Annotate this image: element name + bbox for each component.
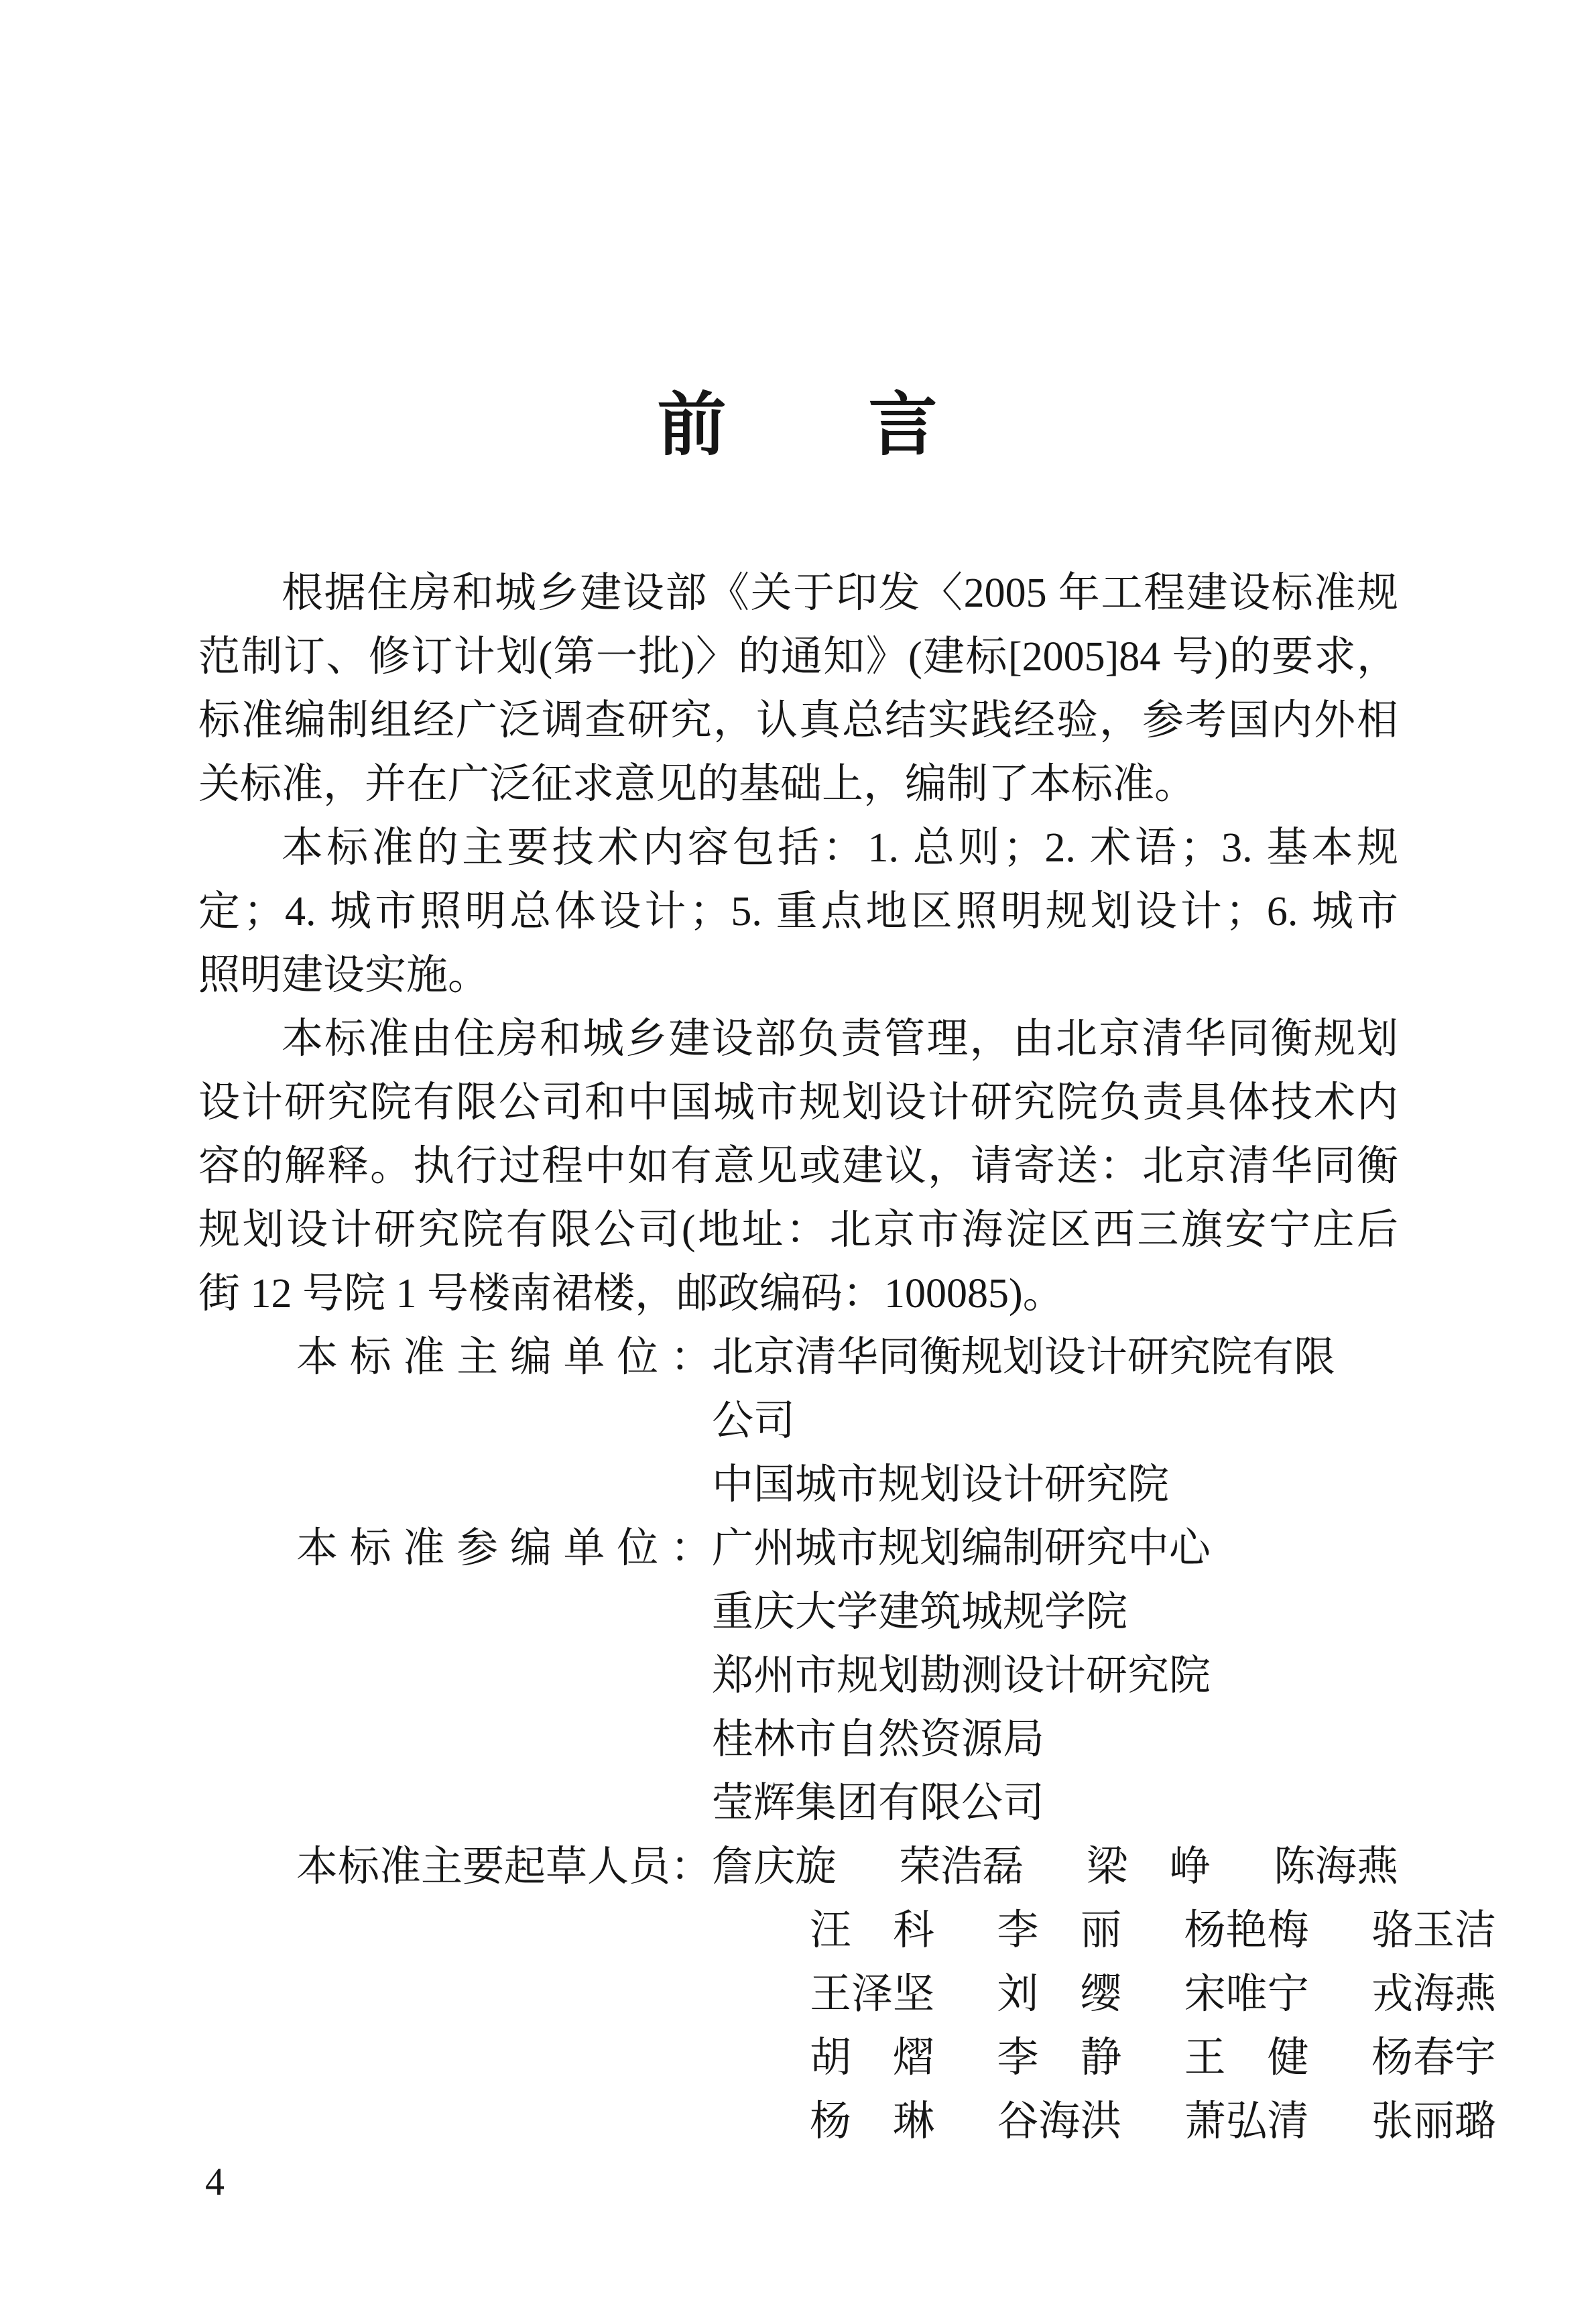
paragraph-line: 根据住房和城乡建设部《关于印发〈2005 年工程建设标准规 [198, 562, 1398, 625]
drafter-name: 骆玉洁 [1371, 1899, 1496, 1963]
drafters-row: 本标准主要起草人员： 詹庆旋 荣浩磊 梁 峥 陈海燕 [198, 1835, 1398, 1899]
document-page: 前 言 根据住房和城乡建设部《关于印发〈2005 年工程建设标准规 范制订、修订… [0, 0, 1596, 2310]
drafter-name-row: 王泽坚 刘 缨 宋唯宁 戎海燕 [810, 1963, 1496, 2026]
drafter-name: 王泽坚 [810, 1963, 934, 2026]
chief-editor-row: 本标准主编单位： 北京清华同衡规划设计研究院有限 [198, 1326, 1398, 1390]
co-editor-unit: 重庆大学建筑城规学院 [712, 1581, 1398, 1644]
paragraph-line: 范制订、修订计划(第一批)〉的通知》(建标[2005]84 号)的要求， [198, 625, 1398, 689]
co-editor-unit: 郑州市规划勘测设计研究院 [712, 1644, 1398, 1708]
drafter-name: 李 静 [997, 2026, 1121, 2090]
drafter-name: 陈海燕 [1274, 1835, 1398, 1899]
paragraph-line: 照明建设实施。 [198, 944, 1398, 1008]
chief-editor-label: 本标准主编单位： [296, 1326, 712, 1390]
drafter-name: 张丽璐 [1371, 2090, 1496, 2154]
drafters-row: 王泽坚 刘 缨 宋唯宁 戎海燕 [198, 1963, 1398, 2026]
paragraph-line: 本标准的主要技术内容包括：1. 总则；2. 术语；3. 基本规 [198, 816, 1398, 880]
paragraph-line: 街 12 号院 1 号楼南裙楼，邮政编码：100085)。 [198, 1262, 1398, 1326]
drafters-label: 本标准主要起草人员： [296, 1835, 712, 1899]
drafter-name: 王 健 [1184, 2026, 1309, 2090]
paragraph-line: 标准编制组经广泛调查研究，认真总结实践经验，参考国内外相 [198, 689, 1398, 753]
drafter-name: 戎海燕 [1371, 1963, 1496, 2026]
chief-editor-unit: 中国城市规划设计研究院 [712, 1453, 1398, 1517]
paragraph-line: 定；4. 城市照明总体设计；5. 重点地区照明规划设计；6. 城市 [198, 880, 1398, 944]
drafter-name: 杨艳梅 [1184, 1899, 1309, 1963]
drafter-name-row: 汪 科 李 丽 杨艳梅 骆玉洁 [810, 1899, 1496, 1963]
drafter-name: 萧弘清 [1184, 2090, 1309, 2154]
page-number: 4 [205, 2163, 225, 2201]
co-editors-label: 本标准参编单位： [296, 1517, 712, 1581]
paragraph-line: 容的解释。执行过程中如有意见或建议，请寄送：北京清华同衡 [198, 1135, 1398, 1199]
drafter-name: 杨 琳 [810, 2090, 934, 2154]
drafter-name: 胡 熠 [810, 2026, 934, 2090]
paragraph-line: 规划设计研究院有限公司(地址：北京市海淀区西三旗安宁庄后 [198, 1199, 1398, 1262]
drafter-name: 宋唯宁 [1184, 1963, 1309, 2026]
drafter-name-row: 胡 熠 李 静 王 健 杨春宇 [810, 2026, 1496, 2090]
page-title: 前 言 [0, 390, 1596, 459]
drafter-name: 谷海洪 [997, 2090, 1121, 2154]
paragraph-line: 关标准，并在广泛征求意见的基础上，编制了本标准。 [198, 753, 1398, 816]
drafter-name: 梁 峥 [1087, 1835, 1211, 1899]
co-editor-unit: 广州城市规划编制研究中心 [712, 1517, 1211, 1581]
drafters-row: 杨 琳 谷海洪 萧弘清 张丽璐 [198, 2090, 1398, 2154]
paragraph-line: 本标准由住房和城乡建设部负责管理，由北京清华同衡规划 [198, 1008, 1398, 1071]
drafter-name: 杨春宇 [1371, 2026, 1496, 2090]
co-editor-unit: 莹辉集团有限公司 [712, 1772, 1398, 1835]
drafters-row: 汪 科 李 丽 杨艳梅 骆玉洁 [198, 1899, 1398, 1963]
drafters-row: 胡 熠 李 静 王 健 杨春宇 [198, 2026, 1398, 2090]
co-editors-row: 本标准参编单位： 广州城市规划编制研究中心 [198, 1517, 1398, 1581]
drafter-name: 荣浩磊 [899, 1835, 1024, 1899]
drafter-name-row: 杨 琳 谷海洪 萧弘清 张丽璐 [810, 2090, 1496, 2154]
drafter-name-row: 詹庆旋 荣浩磊 梁 峥 陈海燕 [712, 1835, 1398, 1899]
co-editor-unit: 桂林市自然资源局 [712, 1708, 1398, 1772]
drafter-name: 李 丽 [997, 1899, 1121, 1963]
drafter-name: 刘 缨 [997, 1963, 1121, 2026]
chief-editor-unit: 北京清华同衡规划设计研究院有限 [712, 1326, 1335, 1390]
drafter-name: 汪 科 [810, 1899, 934, 1963]
chief-editor-unit: 公司 [712, 1390, 1398, 1453]
paragraph-line: 设计研究院有限公司和中国城市规划设计研究院负责具体技术内 [198, 1071, 1398, 1135]
page-content: 根据住房和城乡建设部《关于印发〈2005 年工程建设标准规 范制订、修订计划(第… [198, 562, 1398, 2154]
drafter-name: 詹庆旋 [712, 1835, 837, 1899]
